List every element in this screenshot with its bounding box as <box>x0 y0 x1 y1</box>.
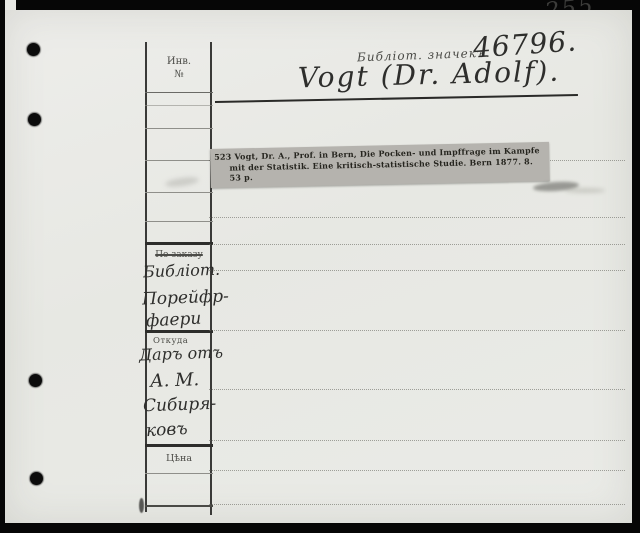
dotted-guide-line <box>209 217 625 218</box>
column-row-line <box>145 128 213 129</box>
dotted-guide-line <box>209 440 625 441</box>
column-row-line <box>145 473 213 474</box>
inventory-header-line2: № <box>145 68 213 81</box>
column-section-line <box>145 242 213 245</box>
punch-hole <box>30 472 43 485</box>
author-heading-underline <box>215 94 578 103</box>
origin-handwriting-line4: ковъ <box>146 419 189 441</box>
author-heading: Vogt (Dr. Adolf). <box>298 55 561 95</box>
catalog-card: Инв. № Библіот. значекъ. 46796. Vogt (Dr… <box>5 10 632 523</box>
punch-hole <box>27 43 40 56</box>
column-row-line <box>145 221 213 222</box>
column-row-line <box>145 160 213 161</box>
dotted-guide-line <box>209 244 625 245</box>
column-section-line <box>145 444 213 447</box>
dotted-guide-line <box>209 470 625 471</box>
origin-handwriting-line3: Сибиря- <box>143 394 217 417</box>
scanned-catalog-card-page: 255 Инв. № <box>0 0 640 533</box>
dotted-guide-line <box>209 330 625 331</box>
inventory-number-header: Инв. № <box>145 55 213 81</box>
punch-hole <box>28 113 41 126</box>
paper-smudge <box>165 176 200 189</box>
origin-handwriting-line1: Даръ отъ <box>139 343 224 365</box>
column-bottom-line <box>145 505 213 507</box>
punch-hole <box>29 374 42 387</box>
dotted-guide-line <box>209 504 625 505</box>
price-field-label: Цѣна <box>145 453 213 464</box>
ink-blob <box>139 498 144 513</box>
order-handwriting-line1: Библіот. <box>143 260 221 282</box>
origin-handwriting-line2: А. М. <box>150 369 200 392</box>
order-field-label: По заказу <box>145 250 213 260</box>
order-handwriting-line3: фаери <box>146 309 202 332</box>
order-handwriting-line2: Порейфр- <box>142 286 230 309</box>
column-row-line <box>145 105 213 106</box>
ink-smudge <box>565 188 605 193</box>
dotted-guide-line <box>209 270 625 271</box>
column-row-line <box>145 92 213 93</box>
dotted-guide-line <box>209 389 625 390</box>
pasted-bibliography-label: 523 Vogt, Dr. A., Prof. in Bern, Die Poc… <box>210 142 550 188</box>
inventory-header-line1: Инв. <box>145 55 213 68</box>
column-row-line <box>145 192 213 193</box>
